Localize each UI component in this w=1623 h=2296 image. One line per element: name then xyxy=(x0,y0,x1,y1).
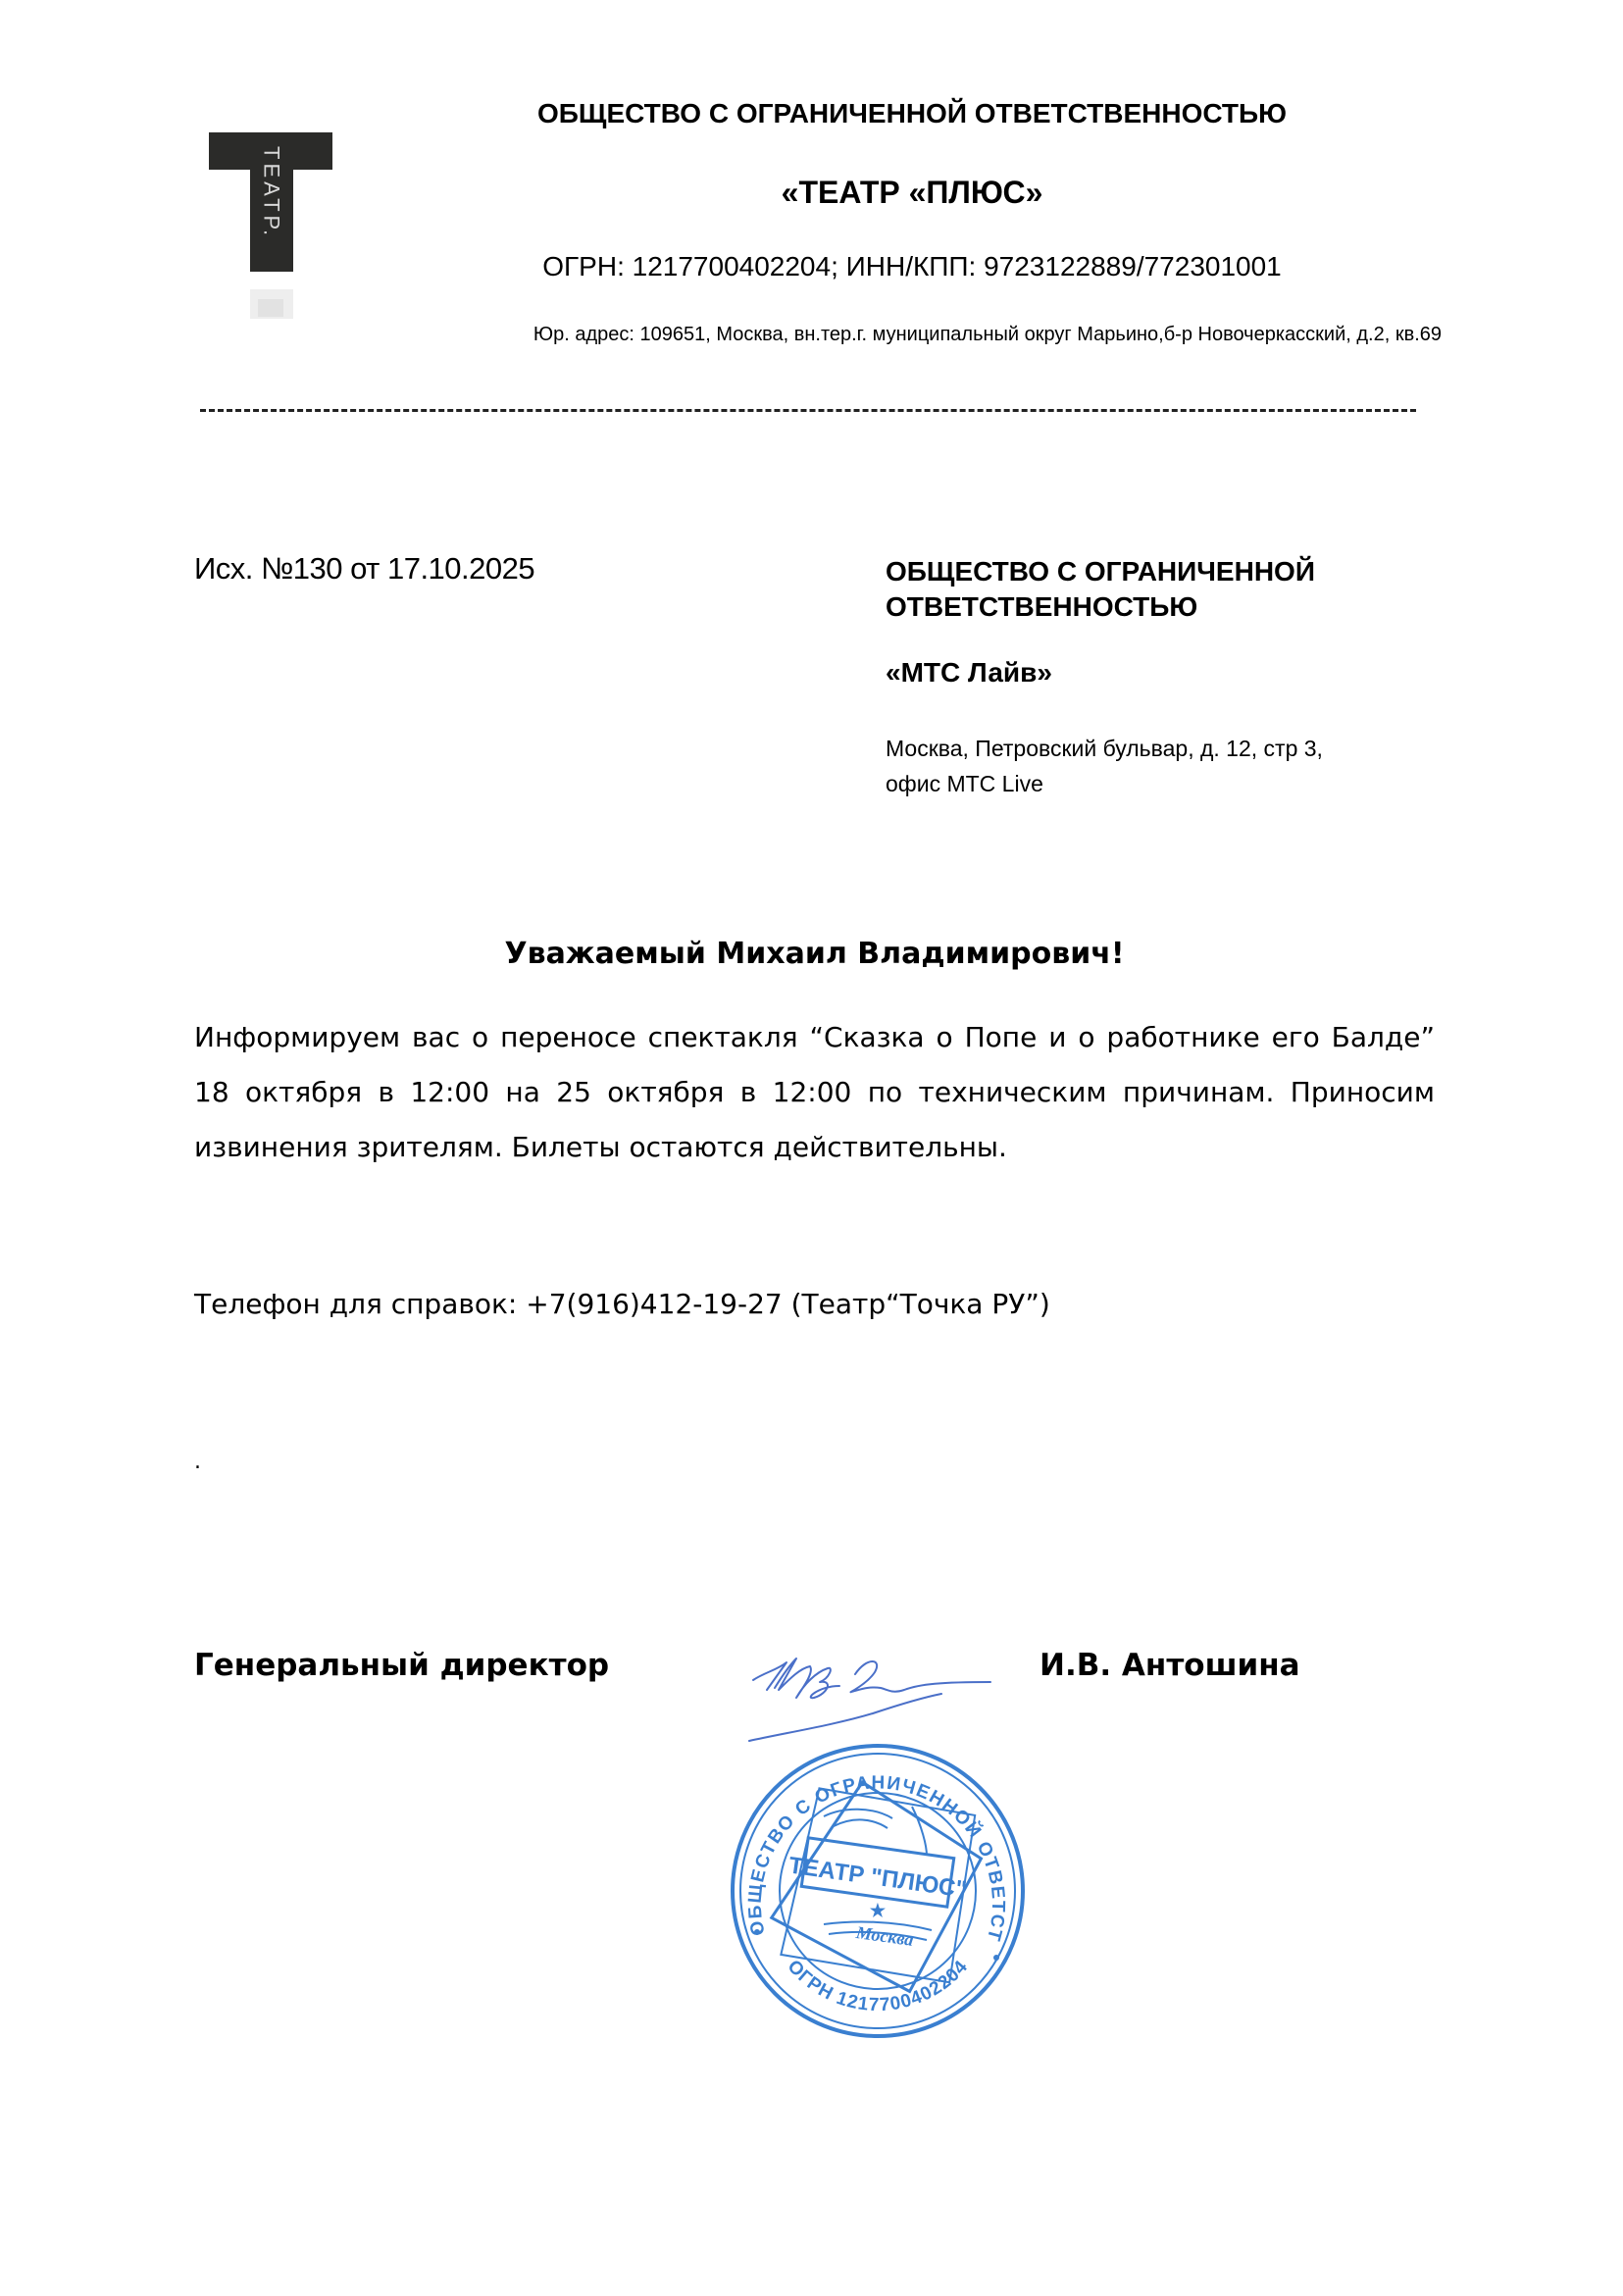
legal-address: Юр. адрес: 109651, Москва, вн.тер.г. мун… xyxy=(373,324,1442,346)
logo-t-icon: ТЕАТР. xyxy=(209,132,336,329)
recipient-org-name: «МТС Лайв» xyxy=(886,657,1052,689)
company-stamp: ОБЩЕСТВО С ОГРАНИЧЕННОЙ ОТВЕТСТВЕННОСТЬЮ… xyxy=(726,1738,1030,2044)
svg-text:Москва: Москва xyxy=(854,1922,915,1950)
stray-mark: . xyxy=(194,1450,201,1474)
handwritten-signature xyxy=(745,1643,1020,1751)
signatory-name: И.В. Антошина xyxy=(1040,1648,1300,1683)
svg-text:ТЕАТР.: ТЕАТР. xyxy=(260,146,284,239)
greeting: Уважаемый Михаил Владимирович! xyxy=(194,937,1435,971)
recipient-address-line1: Москва, Петровский бульвар, д. 12, стр 3… xyxy=(886,731,1435,766)
recipient-address: Москва, Петровский бульвар, д. 12, стр 3… xyxy=(886,731,1435,801)
outgoing-reference: Исх. №130 от 17.10.2025 xyxy=(194,551,534,587)
svg-text:ОГРН 1217700402204: ОГРН 1217700402204 xyxy=(784,1957,973,2016)
svg-text:★: ★ xyxy=(870,1901,887,1920)
company-name: «ТЕАТР «ПЛЮС» xyxy=(373,175,1451,211)
header-divider xyxy=(200,409,1416,412)
phone-line: Телефон для справок: +7(916)412-19-27 (Т… xyxy=(194,1288,1050,1320)
signatory-title: Генеральный директор xyxy=(194,1648,609,1683)
body-paragraph: Информируем вас о переносе спектакля “Ск… xyxy=(194,1010,1435,1175)
theatre-logo: ТЕАТР. xyxy=(209,132,336,329)
svg-text:ОБЩЕСТВО С ОГРАНИЧЕННОЙ ОТВЕТС: ОБЩЕСТВО С ОГРАНИЧЕННОЙ ОТВЕТСТВЕННОСТЬЮ xyxy=(726,1738,1008,1944)
recipient-address-line2: офис МТС Live xyxy=(886,766,1435,801)
recipient-org-type: ОБЩЕСТВО С ОГРАНИЧЕННОЙ ОТВЕТСТВЕННОСТЬЮ xyxy=(886,554,1435,625)
company-registration: ОГРН: 1217700402204; ИНН/КПП: 9723122889… xyxy=(373,251,1451,282)
company-type: ОБЩЕСТВО С ОГРАНИЧЕННОЙ ОТВЕТСТВЕННОСТЬЮ xyxy=(373,98,1451,129)
